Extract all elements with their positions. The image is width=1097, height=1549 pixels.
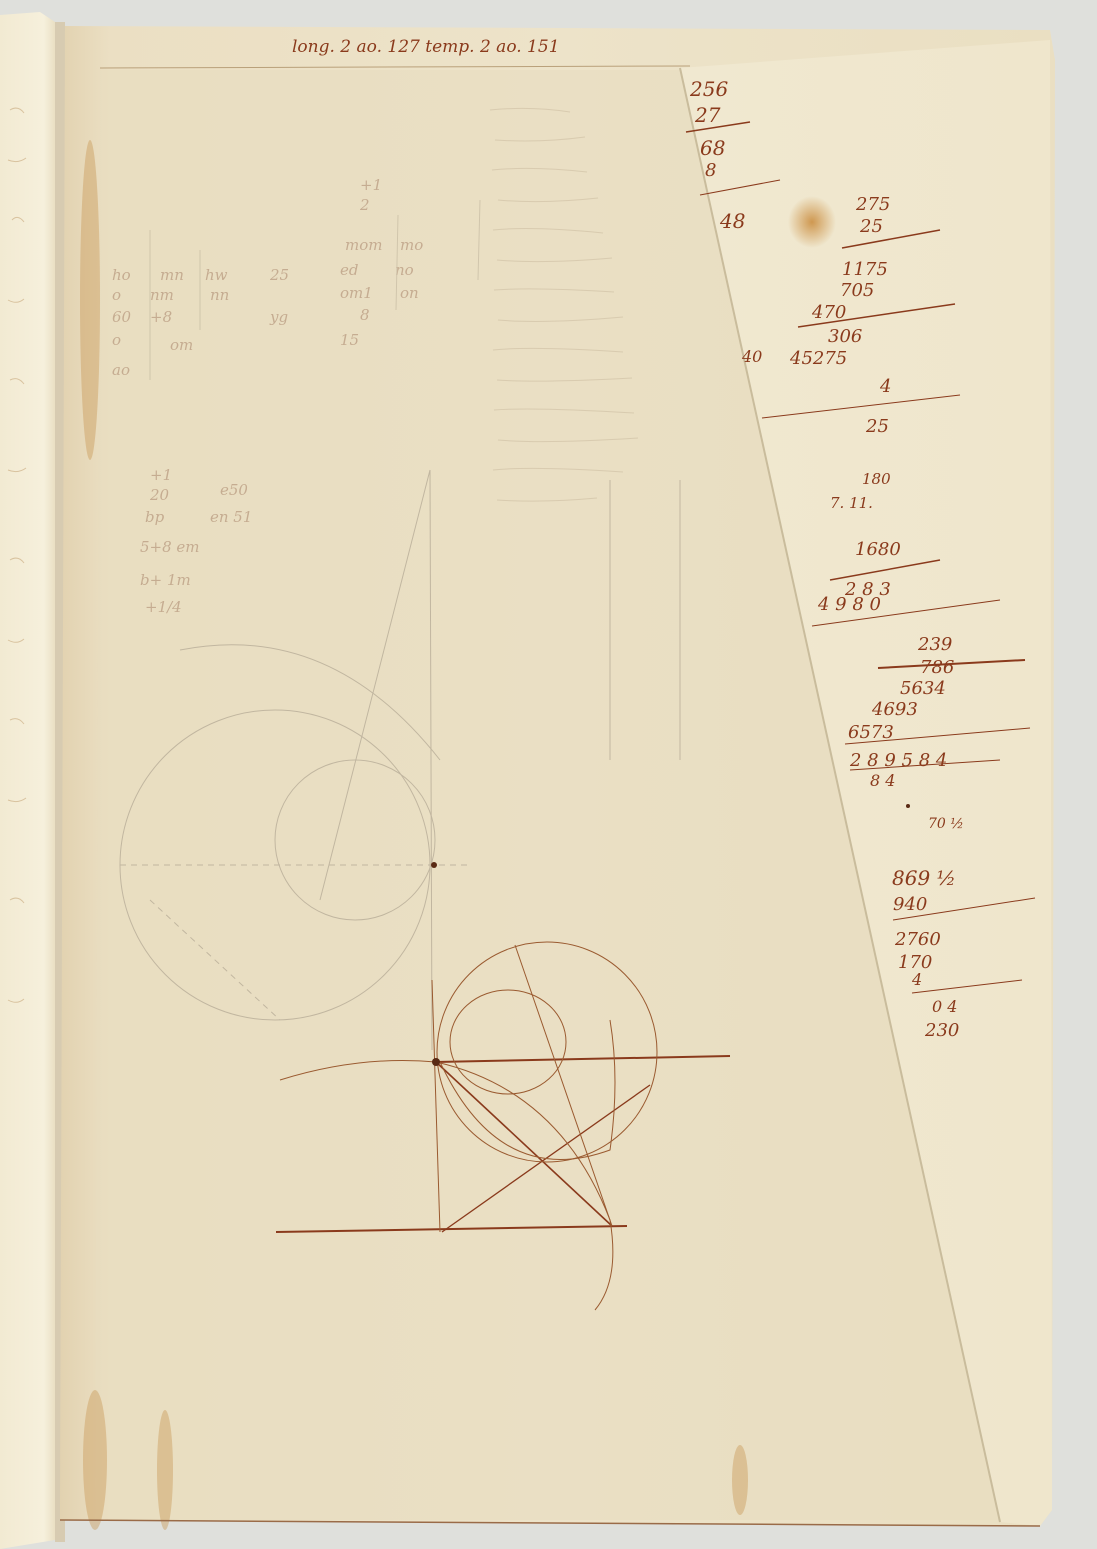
num: 40 (741, 347, 762, 366)
svg-text:yg: yg (269, 308, 288, 326)
num: 230 (924, 1020, 959, 1041)
svg-text:ao: ao (112, 361, 130, 379)
num: 470 (811, 302, 846, 323)
num: 48 (719, 209, 745, 233)
num: 7. 11. (830, 494, 873, 512)
num: 70 ½ (928, 816, 964, 832)
num: 180 (862, 470, 891, 488)
manuscript-photo: long. 2 ao. 127 temp. 2 ao. 151 hoo60 oa… (0, 0, 1097, 1549)
num: 27 (694, 103, 721, 127)
svg-text:mo: mo (400, 236, 423, 254)
svg-text:25: 25 (269, 266, 289, 284)
num: 0 4 (932, 997, 957, 1016)
num: 5634 (900, 678, 946, 699)
num: 8 (705, 160, 716, 181)
svg-text:2: 2 (359, 196, 370, 214)
num: 275 (855, 194, 890, 215)
svg-text:20: 20 (149, 486, 170, 504)
svg-text:15: 15 (340, 331, 359, 349)
num: 8 4 (870, 771, 895, 790)
num: 940 (893, 894, 927, 915)
center-dot (431, 862, 437, 868)
svg-text:+1: +1 (360, 176, 382, 194)
num: 4 (879, 376, 891, 397)
svg-text:+1/4: +1/4 (145, 598, 182, 616)
svg-text:5+8 em: 5+8 em (140, 538, 200, 556)
svg-text:e50: e50 (220, 481, 248, 499)
num: 239 (917, 634, 952, 655)
num: 25 (859, 216, 883, 237)
manuscript-svg: long. 2 ao. 127 temp. 2 ao. 151 hoo60 oa… (0, 0, 1097, 1549)
num: 705 (840, 280, 874, 301)
svg-text:nm: nm (150, 286, 174, 304)
svg-text:hw: hw (205, 266, 228, 284)
svg-text:bp: bp (145, 508, 165, 526)
svg-text:nn: nn (210, 286, 229, 304)
folio-paper (60, 26, 1055, 1530)
num: 25 (865, 416, 889, 437)
num: 256 (689, 77, 728, 101)
svg-text:+1: +1 (150, 466, 172, 484)
svg-text:b+ 1m: b+ 1m (140, 571, 191, 589)
tangent-point (432, 1058, 440, 1066)
num: 786 (920, 657, 954, 678)
num: 4 9 8 0 (817, 594, 881, 615)
num: 4 (911, 970, 922, 989)
num: 869 ½ (892, 866, 956, 890)
svg-text:on: on (400, 284, 419, 302)
svg-text:om: om (170, 336, 193, 354)
num: 1175 (842, 259, 888, 280)
num: 45275 (789, 348, 847, 369)
svg-text:o: o (112, 286, 121, 304)
left-page (0, 12, 65, 1549)
svg-text:ho: ho (112, 266, 131, 284)
num: 6573 (848, 722, 894, 743)
ink-stain (788, 196, 836, 248)
svg-text:en 51: en 51 (210, 508, 252, 526)
svg-text:no: no (395, 261, 414, 279)
svg-text:8: 8 (360, 306, 370, 324)
svg-text:o: o (112, 331, 121, 349)
header-text: long. 2 ao. 127 temp. 2 ao. 151 (292, 37, 560, 57)
num: 4693 (871, 699, 918, 720)
num: 306 (828, 326, 862, 347)
svg-text:+8: +8 (150, 308, 172, 326)
num: 2760 (894, 929, 941, 950)
svg-text:60: 60 (112, 308, 132, 326)
svg-text:mom: mom (345, 236, 382, 254)
num: 2 8 9 5 8 4 (849, 750, 947, 771)
num: 1680 (855, 539, 901, 560)
num: 68 (700, 136, 725, 160)
svg-text:om1: om1 (340, 284, 373, 302)
svg-text:ed: ed (340, 261, 358, 279)
svg-text:mn: mn (160, 266, 184, 284)
